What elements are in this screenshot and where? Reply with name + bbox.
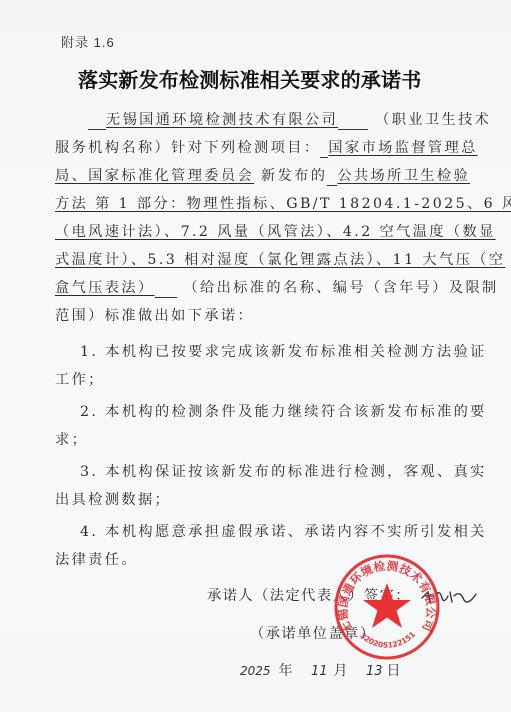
commitment-1-cont: 工作； bbox=[55, 370, 105, 390]
date-year: 2025 bbox=[240, 664, 271, 678]
underline-blank bbox=[327, 169, 337, 186]
date-day: 13 bbox=[366, 664, 383, 679]
standard-name: 公共场所卫生检验 bbox=[337, 168, 470, 184]
issuing-authority-cont: 局、国家标准化管理委员会 bbox=[55, 168, 254, 184]
seal-star-icon: 无锡国通环境检测技术有限公司 3202051221516 bbox=[333, 553, 441, 661]
underline-blank bbox=[338, 113, 368, 130]
appendix-label: 附录 1.6 bbox=[61, 32, 115, 51]
standard-detail: 式温度计）、5.3 相对湿度（氯化锂露点法）、11 大气压（空 bbox=[55, 252, 505, 268]
company-seal: 无锡国通环境检测技术有限公司 3202051221516 bbox=[333, 553, 441, 661]
document-page: 附录 1.6 落实新发布检测标准相关要求的承诺书 无锡国通环境检测技术有限公司 … bbox=[0, 0, 511, 712]
commitment-2-cont: 求； bbox=[55, 430, 88, 450]
organization-name: 无锡国通环境检测技术有限公司 bbox=[106, 112, 338, 128]
document-title: 落实新发布检测标准相关要求的承诺书 bbox=[78, 64, 421, 93]
signing-date: 2025年 11月 13日 bbox=[240, 660, 401, 680]
body-text: （职业卫生技术 bbox=[375, 112, 491, 128]
commitment-2: 2. 本机构的检测条件及能力继续符合该新发布标准的要 bbox=[80, 402, 487, 422]
body-line-7: 盒气压表法） （给出标准的名称、编号（含年号）及限制 bbox=[55, 278, 499, 298]
body-line-6: 式温度计）、5.3 相对湿度（氯化锂露点法）、11 大气压（空 bbox=[55, 250, 505, 270]
date-day-unit: 日 bbox=[387, 663, 401, 679]
standard-detail: （电风速计法）、7.2 风量（风管法）、4.2 空气温度（数显 bbox=[55, 224, 496, 240]
body-line-4: 方法 第 1 部分：物理性指标、GB/T 18204.1-2025、6 风速 bbox=[55, 194, 511, 214]
commitment-4: 4. 本机构愿意承担虚假承诺、承诺内容不实所引发相关 bbox=[80, 522, 487, 542]
commitment-4-cont: 法律责任。 bbox=[55, 550, 138, 570]
body-text: 新发布的 bbox=[261, 168, 327, 184]
body-text: 范围）标准做出如下承诺： bbox=[55, 308, 254, 324]
standard-detail: 方法 第 1 部分：物理性指标、GB/T 18204.1-2025、6 风速 bbox=[55, 196, 511, 212]
commitment-1: 1. 本机构已按要求完成该新发布标准相关检测方法验证 bbox=[80, 342, 487, 362]
date-month-unit: 月 bbox=[334, 663, 348, 679]
body-text: （给出标准的名称、编号（含年号）及限制 bbox=[183, 280, 498, 296]
underline-blank bbox=[155, 281, 177, 298]
commitment-3: 3. 本机构保证按该新发布的标准进行检测，客观、真实 bbox=[80, 462, 487, 482]
body-line-5: （电风速计法）、7.2 风量（风管法）、4.2 空气温度（数显 bbox=[55, 222, 496, 242]
body-line-2: 服务机构名称）针对下列检测项目：国家市场监督管理总 bbox=[55, 138, 478, 158]
commitment-3-cont: 出具检测数据； bbox=[55, 490, 171, 510]
underline-blank bbox=[88, 113, 106, 130]
body-line-3: 局、国家标准化管理委员会 新发布的公共场所卫生检验 bbox=[55, 166, 470, 186]
body-text: 服务机构名称）针对下列检测项目： bbox=[55, 140, 320, 156]
date-month: 11 bbox=[311, 664, 328, 679]
issuing-authority: 国家市场监督管理总 bbox=[328, 140, 477, 156]
standard-detail: 盒气压表法） bbox=[55, 280, 155, 296]
body-line-1: 无锡国通环境检测技术有限公司 （职业卫生技术 bbox=[88, 110, 491, 130]
body-line-8: 范围）标准做出如下承诺： bbox=[55, 306, 254, 326]
date-year-unit: 年 bbox=[279, 663, 293, 679]
